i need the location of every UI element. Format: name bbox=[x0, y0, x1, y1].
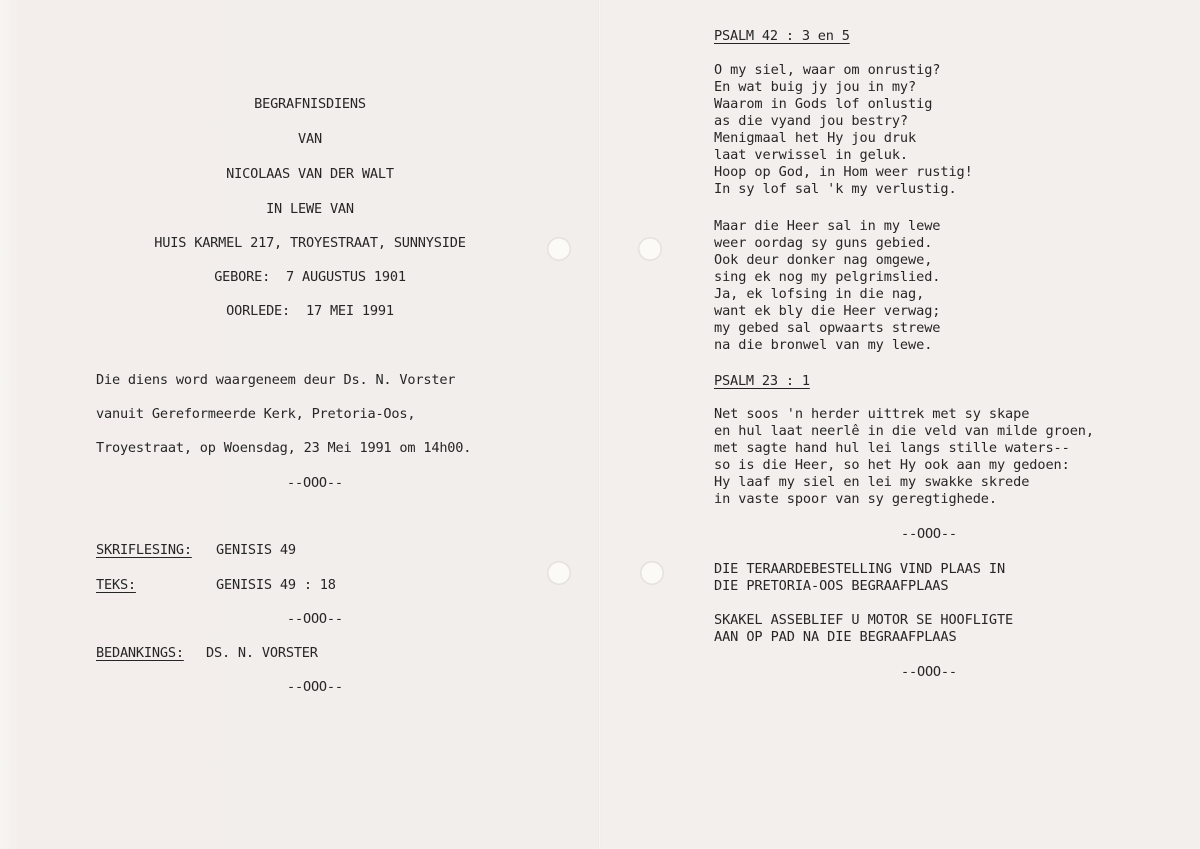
psalm-23-stanza: Net soos 'n herder uittrek met sy skape … bbox=[714, 406, 1094, 508]
scripture-reading-value: GENISIS 49 bbox=[216, 542, 296, 558]
psalm-42-stanza-1: O my siel, waar om onrustig? En wat buig… bbox=[714, 62, 973, 198]
psalm-23-heading: PSALM 23 : 1 bbox=[714, 373, 810, 389]
separator: --OOO-- bbox=[901, 664, 957, 680]
service-line-1: Die diens word waargeneem deur Ds. N. Vo… bbox=[96, 372, 455, 388]
punch-hole bbox=[548, 238, 570, 260]
thanks-label: BEDANKINGS: bbox=[96, 645, 184, 661]
deceased-name: NICOLAAS VAN DER WALT bbox=[0, 166, 620, 182]
separator: --OOO-- bbox=[287, 679, 343, 695]
text-label: TEKS: bbox=[96, 577, 136, 593]
address: HUIS KARMEL 217, TROYESTRAAT, SUNNYSIDE bbox=[0, 235, 620, 251]
right-page: PSALM 42 : 3 en 5 O my siel, waar om onr… bbox=[601, 0, 1200, 849]
separator: --OOO-- bbox=[901, 526, 957, 542]
service-line-3: Troyestraat, op Woensdag, 23 Mei 1991 om… bbox=[96, 440, 471, 456]
psalm-42-stanza-2: Maar die Heer sal in my lewe weer oordag… bbox=[714, 218, 940, 354]
separator: --OOO-- bbox=[287, 611, 343, 627]
separator: --OOO-- bbox=[287, 475, 343, 491]
scripture-reading-label: SKRIFLESING: bbox=[96, 542, 192, 558]
birth-date: GEBORE: 7 AUGUSTUS 1901 bbox=[0, 269, 620, 285]
death-date: OORLEDE: 17 MEI 1991 bbox=[0, 303, 620, 319]
thanks-value: DS. N. VORSTER bbox=[206, 645, 318, 661]
left-page: BEGRAFNISDIENS VAN NICOLAAS VAN DER WALT… bbox=[0, 0, 599, 849]
service-line-2: vanuit Gereformeerde Kerk, Pretoria-Oos, bbox=[96, 406, 415, 422]
burial-notice: DIE TERAARDEBESTELLING VIND PLAAS IN DIE… bbox=[714, 561, 1005, 595]
headlights-notice: SKAKEL ASSEBLIEF U MOTOR SE HOOFLIGTE AA… bbox=[714, 612, 1013, 646]
title-in-lewe-van: IN LEWE VAN bbox=[0, 201, 620, 217]
text-value: GENISIS 49 : 18 bbox=[216, 577, 336, 593]
psalm-42-heading: PSALM 42 : 3 en 5 bbox=[714, 28, 850, 44]
service-title: BEGRAFNISDIENS bbox=[0, 96, 620, 112]
title-van: VAN bbox=[0, 131, 620, 147]
punch-hole bbox=[548, 562, 570, 584]
